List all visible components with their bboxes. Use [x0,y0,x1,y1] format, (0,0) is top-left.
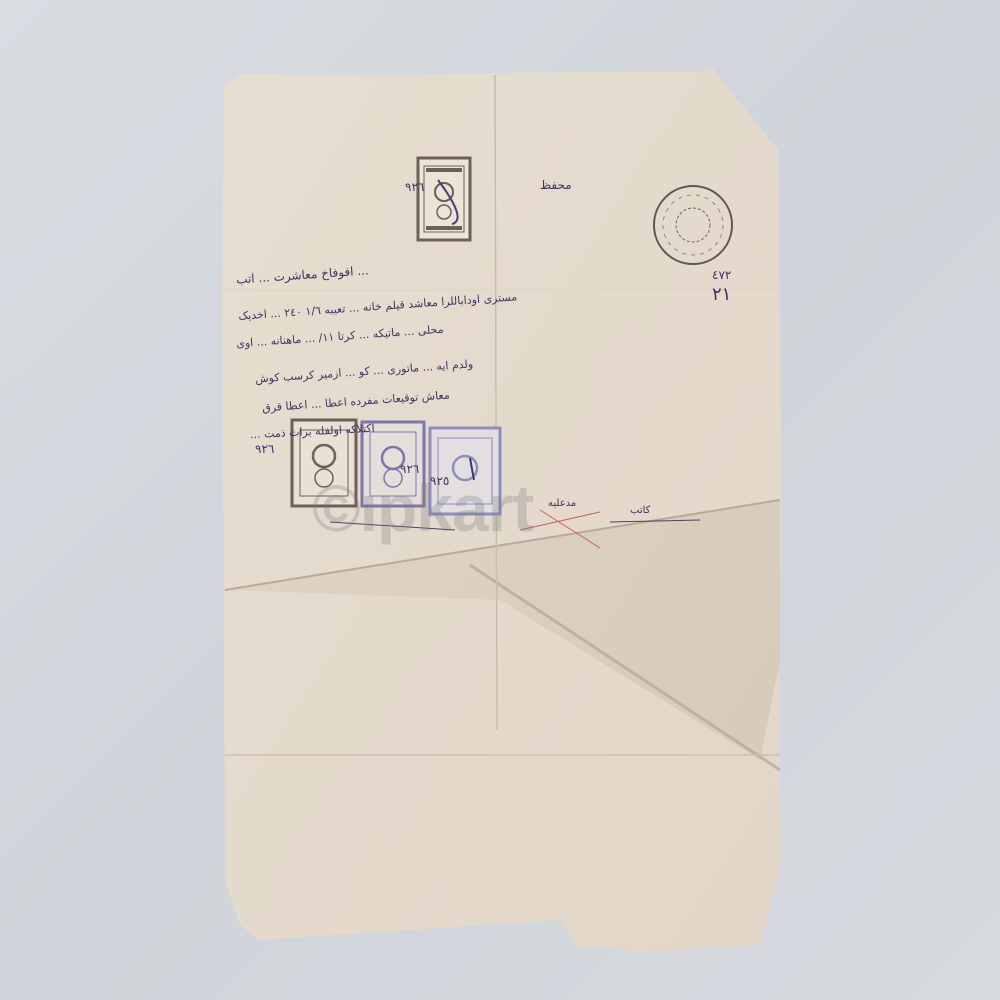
signature-clerk: کاتب [630,505,650,516]
stamp-cancel-1: ٩٢٦ [255,442,274,456]
document-photo: ٩٢٦ محفظ ٤٧٢ ٢١ ... افوفاخ معاشرت ... ات… [0,0,1000,1000]
watermark: ©ıpkart [312,470,533,546]
reference-number: ٢١ [712,284,731,305]
top-stamp-note: ٩٢٦ [405,180,424,194]
signature-defendant: مدعلیه [548,498,576,509]
reference-above: ٤٧٢ [712,268,731,282]
top-heading: محفظ [540,178,572,192]
revenue-stamp-top [418,158,470,240]
